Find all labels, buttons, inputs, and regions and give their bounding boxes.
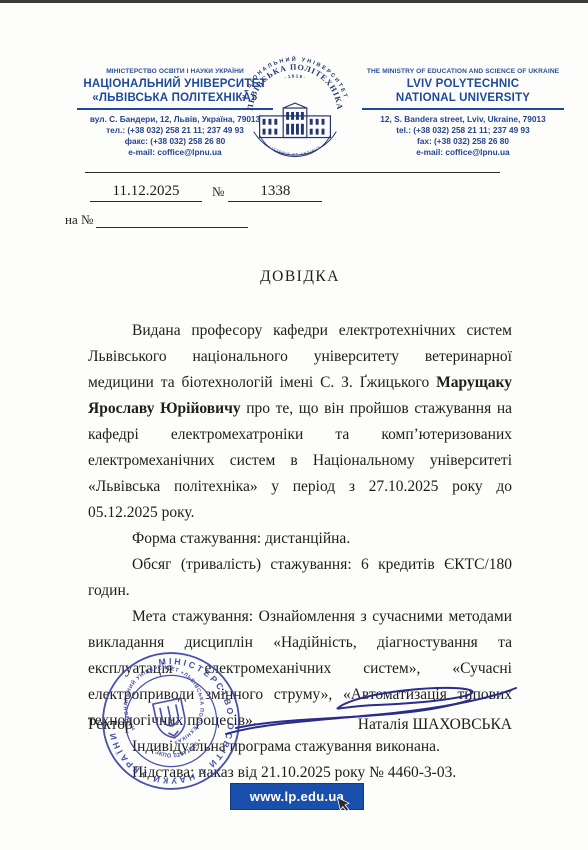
ribbon-edge-outer bbox=[254, 132, 337, 155]
letterhead-rule-en bbox=[362, 108, 564, 110]
number-sign-label: № bbox=[212, 184, 224, 202]
reply-to-blank-line bbox=[96, 213, 248, 228]
paragraph-volume: Обсяг (тривалість) стажування: 6 кредиті… bbox=[88, 552, 512, 604]
ministry-line-en: THE MINISTRY OF EDUCATION AND SCIENCE OF… bbox=[348, 68, 578, 75]
signer-position-label: Ректор bbox=[88, 716, 133, 734]
emblem-year-text: · 1 8 1 6 · bbox=[284, 74, 305, 80]
website-url: www.lp.edu.ua bbox=[250, 789, 344, 804]
university-name-en-line1: LVIV POLYTECHNIC bbox=[348, 78, 578, 92]
trident-icon bbox=[153, 698, 189, 741]
fax-line-en: fax: (+38 032) 258 26 80 bbox=[348, 136, 578, 147]
website-banner[interactable]: www.lp.edu.ua bbox=[230, 783, 364, 810]
address-block-en: 12, S. Bandera street, Lviv, Ukraine, 79… bbox=[348, 114, 578, 158]
reply-to-label: на № bbox=[65, 212, 93, 228]
signer-name: Наталія ШАХОВСЬКА bbox=[330, 716, 512, 734]
paragraph-issued-after: про те, що він пройшов стажування на каф… bbox=[88, 400, 512, 521]
document-title: ДОВІДКА bbox=[88, 264, 512, 290]
certificate-page: МІНІСТЕРСТВО ОСВІТИ І НАУКИ УКРАЇНИ НАЦІ… bbox=[0, 0, 588, 850]
document-number: 1338 bbox=[228, 183, 322, 202]
reference-number-row: 11.12.2025 № 1338 bbox=[90, 183, 322, 202]
letterhead-english: THE MINISTRY OF EDUCATION AND SCIENCE OF… bbox=[348, 68, 578, 158]
mouse-cursor-icon bbox=[337, 795, 351, 813]
scan-edge-artifact bbox=[0, 0, 588, 3]
phone-line-en: tel.: (+38 032) 258 21 11; 237 49 93 bbox=[348, 125, 578, 136]
university-emblem-icon: НАЦІОНАЛЬНИЙ УНІВЕРСИТЕТ ЛЬВІВСЬКА ПОЛІТ… bbox=[236, 50, 354, 170]
address-line-en: 12, S. Bandera street, Lviv, Ukraine, 79… bbox=[348, 114, 578, 125]
svg-text:· 1 8 1 6 ·: · 1 8 1 6 · bbox=[284, 74, 305, 80]
reply-to-row: на № bbox=[65, 212, 248, 228]
university-name-en-line2: NATIONAL UNIVERSITY bbox=[348, 92, 578, 106]
paragraph-form: Форма стажування: дистанційна. bbox=[88, 526, 512, 552]
university-name-en: LVIV POLYTECHNIC NATIONAL UNIVERSITY bbox=[348, 78, 578, 105]
university-emblem: НАЦІОНАЛЬНИЙ УНІВЕРСИТЕТ ЛЬВІВСЬКА ПОЛІТ… bbox=[236, 50, 354, 170]
header-separator-rule bbox=[85, 172, 500, 173]
paragraph-issued-to: Видана професору кафедри електротехнічни… bbox=[88, 318, 512, 526]
document-date: 11.12.2025 bbox=[90, 183, 202, 202]
building-icon bbox=[260, 103, 331, 137]
email-line-en: e-mail: coffice@lpnu.ua bbox=[348, 147, 578, 158]
